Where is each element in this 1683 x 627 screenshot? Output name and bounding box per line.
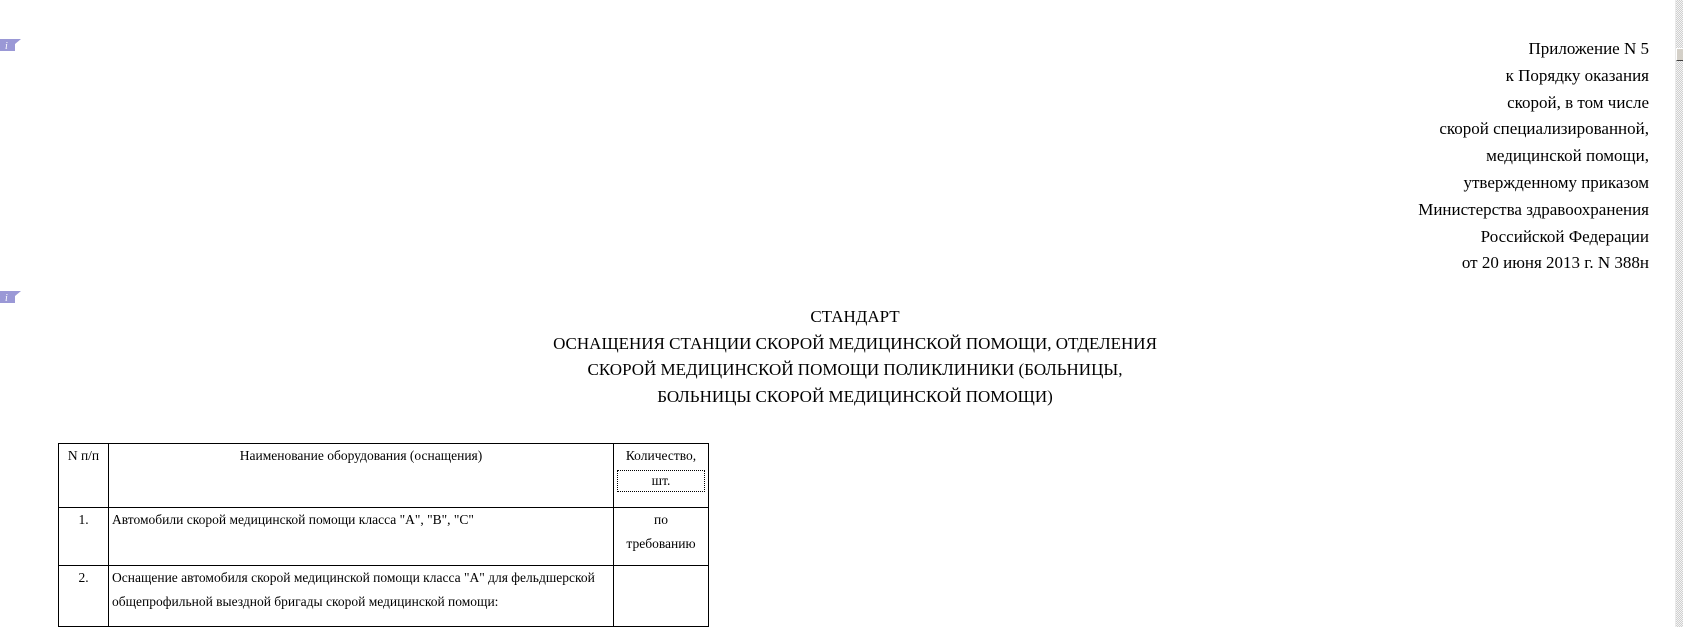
header-quantity: Количество, шт. [614,444,709,508]
header-quantity-label: Количество, [617,444,705,468]
appendix-line: от 20 июня 2013 г. N 388н [1418,250,1649,277]
equipment-table: N п/п Наименование оборудования (оснащен… [58,443,709,627]
row-name: Автомобили скорой медицинской помощи кла… [109,508,614,566]
table-row: 1. Автомобили скорой медицинской помощи … [59,508,709,566]
row-number: 1. [59,508,109,566]
appendix-line: скорой, в том числе [1418,90,1649,117]
appendix-line: Приложение N 5 [1418,36,1649,63]
appendix-line: Российской Федерации [1418,224,1649,251]
vertical-scrollbar[interactable] [1675,0,1683,627]
row-quantity-line: по [617,508,705,532]
appendix-line: Министерства здравоохранения [1418,197,1649,224]
header-quantity-unit[interactable]: шт. [617,470,705,492]
header-name: Наименование оборудования (оснащения) [109,444,614,508]
title-line: СКОРОЙ МЕДИЦИНСКОЙ ПОМОЩИ ПОЛИКЛИНИКИ (Б… [0,357,1683,384]
title-line: БОЛЬНИЦЫ СКОРОЙ МЕДИЦИНСКОЙ ПОМОЩИ) [0,384,1683,411]
table-header-row: N п/п Наименование оборудования (оснащен… [59,444,709,508]
info-comment-marker[interactable]: i [0,38,22,52]
row-name-line: общепрофильной выездной бригады скорой м… [112,590,610,614]
table-row: 2. Оснащение автомобиля скорой медицинск… [59,566,709,627]
title-line: СТАНДАРТ [0,304,1683,331]
appendix-line: скорой специализированной, [1418,116,1649,143]
appendix-line: утвержденному приказом [1418,170,1649,197]
row-quantity-line: требованию [617,532,705,556]
header-number: N п/п [59,444,109,508]
info-comment-marker[interactable]: i [0,290,22,304]
row-name-line: Оснащение автомобиля скорой медицинской … [112,566,610,590]
row-quantity: по требованию [614,508,709,566]
title-line: ОСНАЩЕНИЯ СТАНЦИИ СКОРОЙ МЕДИЦИНСКОЙ ПОМ… [0,331,1683,358]
scrollbar-thumb[interactable] [1676,48,1683,61]
document-title: СТАНДАРТ ОСНАЩЕНИЯ СТАНЦИИ СКОРОЙ МЕДИЦИ… [0,304,1683,410]
svg-text:i: i [5,41,8,52]
info-comment-icon: i [0,290,22,304]
svg-text:i: i [5,293,8,304]
row-number: 2. [59,566,109,627]
row-quantity [614,566,709,627]
appendix-line: к Порядку оказания [1418,63,1649,90]
appendix-header: Приложение N 5 к Порядку оказания скорой… [1418,36,1649,277]
row-name: Оснащение автомобиля скорой медицинской … [109,566,614,627]
appendix-line: медицинской помощи, [1418,143,1649,170]
info-comment-icon: i [0,38,22,52]
